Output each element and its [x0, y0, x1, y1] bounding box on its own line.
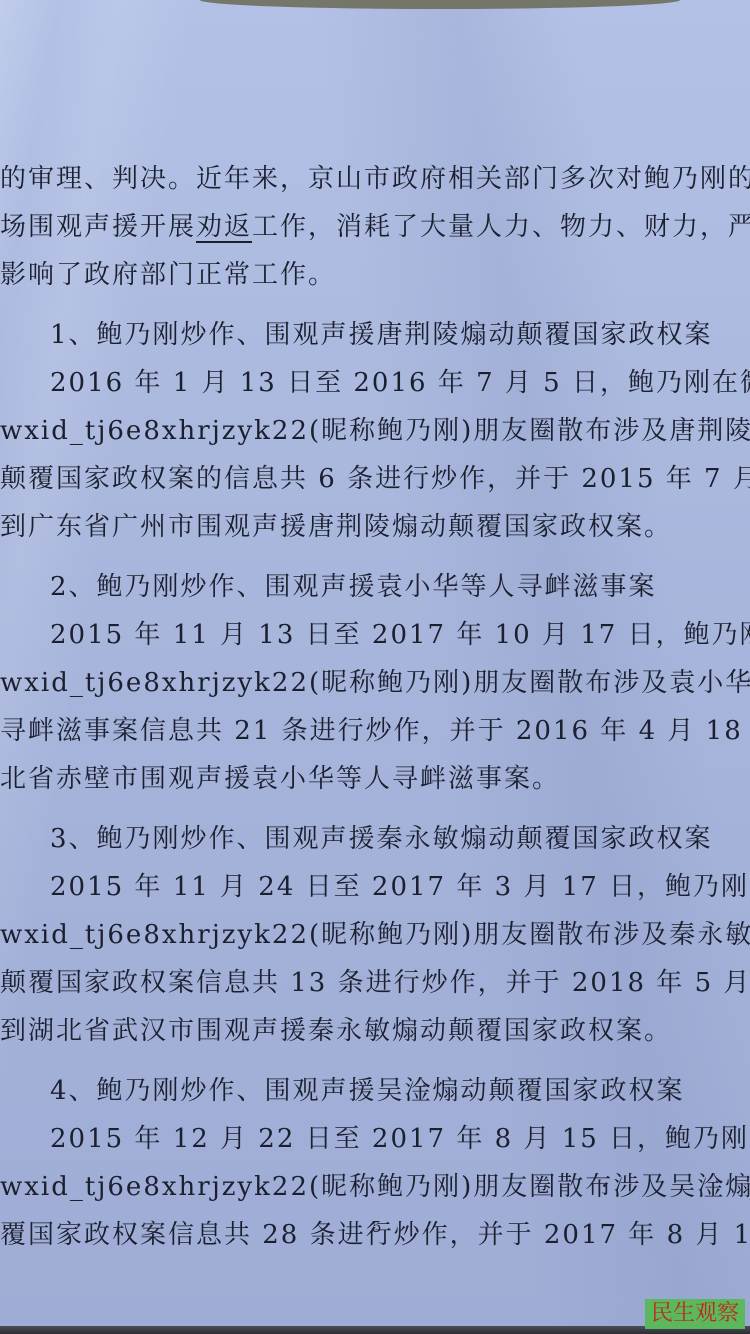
section-1-line-2: wxid_tj6e8xhrjzyk22(昵称鲍乃刚)朋友圈散布涉及唐荆陵煽动	[0, 407, 750, 455]
section-heading-3: 3、鲍乃刚炒作、围观声援秦永敏煽动颠覆国家政权案	[0, 815, 750, 863]
section-1-line-1: 2016 年 1 月 13 日至 2016 年 7 月 5 日，鲍乃刚在微信号	[0, 359, 750, 407]
section-3-line-4: 到湖北省武汉市围观声援秦永敏煽动颠覆国家政权案。	[0, 1007, 750, 1055]
bottom-surface-edge	[0, 1326, 750, 1334]
page-number: 5	[372, 1218, 382, 1236]
section-4-line-2: wxid_tj6e8xhrjzyk22(昵称鲍乃刚)朋友圈散布涉及吴淦煽动颠	[0, 1163, 750, 1211]
section-1-line-4: 到广东省广州市围观声援唐荆陵煽动颠覆国家政权案。	[0, 503, 750, 551]
section-2-line-1: 2015 年 11 月 13 日至 2017 年 10 月 17 日，鲍乃刚在微…	[0, 611, 750, 659]
intro-line-1: 的审理、判决。近年来，京山市政府相关部门多次对鲍乃刚的现	[0, 155, 750, 203]
section-heading-2: 2、鲍乃刚炒作、围观声援袁小华等人寻衅滋事案	[0, 563, 750, 611]
section-heading-4: 4、鲍乃刚炒作、围观声援吴淦煽动颠覆国家政权案	[0, 1067, 750, 1115]
paper-speck	[603, 1184, 606, 1187]
section-3-line-2: wxid_tj6e8xhrjzyk22(昵称鲍乃刚)朋友圈散布涉及秦永敏煽动	[0, 911, 750, 959]
section-4-line-1: 2015 年 12 月 22 日至 2017 年 8 月 15 日，鲍乃刚在微信…	[0, 1115, 750, 1163]
intro-line-3: 影响了政府部门正常工作。	[0, 251, 750, 299]
underlined-word: 劝返	[196, 212, 252, 242]
intro-text-b: 工作，消耗了大量人力、物力、财力，严重	[252, 212, 750, 242]
section-3-line-1: 2015 年 11 月 24 日至 2017 年 3 月 17 日，鲍乃刚在微信…	[0, 863, 750, 911]
intro-text-a: 场围观声援开展	[0, 212, 196, 242]
section-1-line-3: 颠覆国家政权案的信息共 6 条进行炒作，并于 2015 年 7 月 23 日	[0, 455, 750, 503]
watermark-badge: 民生观察	[645, 1299, 745, 1329]
section-2-line-2: wxid_tj6e8xhrjzyk22(昵称鲍乃刚)朋友圈散布涉及袁小华等人	[0, 659, 750, 707]
section-2-line-4: 北省赤壁市围观声援袁小华等人寻衅滋事案。	[0, 755, 750, 803]
intro-line-2: 场围观声援开展劝返工作，消耗了大量人力、物力、财力，严重	[0, 203, 750, 251]
section-heading-1: 1、鲍乃刚炒作、围观声援唐荆陵煽动颠覆国家政权案	[0, 311, 750, 359]
document-page: 的审理、判决。近年来，京山市政府相关部门多次对鲍乃刚的现 场围观声援开展劝返工作…	[0, 155, 750, 1259]
section-2-line-3: 寻衅滋事案信息共 21 条进行炒作，并于 2016 年 4 月 18 日到湖	[0, 707, 750, 755]
section-3-line-3: 颠覆国家政权案信息共 13 条进行炒作，并于 2018 年 5 月 11 日	[0, 959, 750, 1007]
